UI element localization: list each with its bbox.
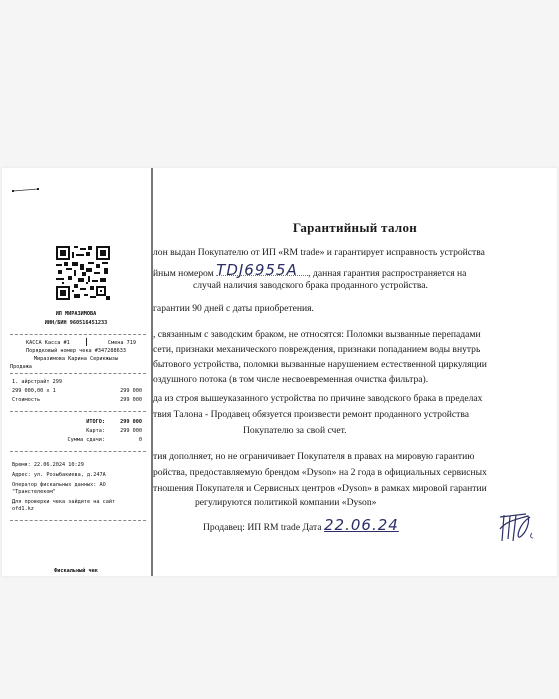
- card-value: 299 000: [120, 428, 142, 434]
- warranty-global: ройства, предоставляемую брендом «Dyson»…: [153, 466, 487, 479]
- warranty-exclusions: бытового устройства, поломки вызванные н…: [153, 358, 487, 371]
- fiscal-operator: Оператор фискальных данных: АО: [12, 482, 106, 488]
- cost-label: Стоимость: [12, 397, 40, 403]
- pen-mark-icon: [12, 188, 40, 192]
- serial-suffix: , данная гарантия распространяется на: [308, 268, 466, 279]
- register-label: КАССА Касса #1: [26, 340, 70, 346]
- serial-number-field: TDJ6955A: [216, 263, 308, 276]
- receipt-divider: [10, 520, 146, 521]
- separator-bar: [86, 338, 87, 346]
- warranty-global: тия дополняет, но не ограничивает Покупа…: [153, 450, 474, 463]
- item-name: 1. айрстрайт 299: [12, 379, 62, 385]
- receipt-divider: [10, 451, 146, 452]
- warranty-period: гарантии 90 дней с даты приобретения.: [153, 302, 314, 315]
- seller-label: Продавец: ИП RM trade Дата: [203, 522, 322, 533]
- warranty-repair: Покупателю за свой счет.: [243, 424, 347, 437]
- cost-value: 299 000: [120, 397, 142, 403]
- warranty-exclusions: оздушного потока (в том числе несвоеврем…: [153, 373, 428, 386]
- warranty-repair: да из строя вышеуказанного устройства по…: [153, 392, 482, 405]
- check-site-link: ofd1.kz: [12, 506, 34, 512]
- merchant-name: ИП МИРАЗИМОВА: [2, 311, 150, 317]
- serial-number: TDJ6955A: [216, 264, 298, 277]
- check-site-text: Для проверки чека зайдите на сайт: [12, 499, 115, 505]
- warranty-text: случай наличия заводского брака проданно…: [193, 279, 428, 292]
- handwritten-date: 22.06.24: [324, 516, 399, 534]
- fiscal-operator-name: "Транстелеком": [12, 489, 56, 495]
- warranty-exclusions: , связанным с заводским браком, не относ…: [153, 328, 481, 341]
- warranty-repair: твия Талона - Продавец обязуется произве…: [153, 408, 469, 421]
- qr-code-icon: [56, 246, 110, 300]
- merchant-tax-id: ИИН/БИН 960516451233: [2, 320, 150, 326]
- warranty-title: Гарантийный талон: [153, 220, 557, 236]
- operation-type: Продажа: [10, 364, 32, 370]
- receipt-divider: [10, 334, 146, 335]
- receipt-address: Адрес: ул. Розыбакиева, д.247А: [12, 472, 106, 478]
- receipt-divider: [10, 411, 146, 412]
- receipt-time: Время: 22.06.2024 10:29: [12, 462, 84, 468]
- change-value: 0: [139, 437, 142, 443]
- warranty-card: Гарантийный талон лон выдан Покупателю о…: [153, 168, 557, 576]
- warranty-serial-line: йным номером TDJ6955A, данная гарантия р…: [153, 263, 466, 280]
- seller-line: Продавец: ИП RM trade Дата 22.06.24: [203, 519, 399, 534]
- change-label: Сумма сдачи:: [68, 437, 105, 443]
- fiscal-receipt: ИП МИРАЗИМОВА ИИН/БИН 960516451233 КАССА…: [2, 168, 150, 576]
- shift-number: Смена 719: [108, 340, 136, 346]
- check-number: Порядковый номер чека #347288633: [2, 348, 150, 354]
- fiscal-check-footer: Фискальный чек: [2, 568, 150, 574]
- warranty-global: тношения Покупателя и Сервисных центров …: [153, 482, 487, 495]
- receipt-divider: [10, 373, 146, 374]
- warranty-exclusions: сети, признаки механического повреждения…: [153, 343, 480, 356]
- card-label: Карта:: [86, 428, 105, 434]
- warranty-text: лон выдан Покупателю от ИП «RM trade» и …: [153, 246, 485, 259]
- scanned-document: ИП МИРАЗИМОВА ИИН/БИН 960516451233 КАССА…: [2, 168, 557, 576]
- item-amount: 299 000: [120, 388, 142, 394]
- total-value: 299 000: [120, 419, 142, 425]
- cashier-name: Миразимова Карина Серикжызы: [2, 356, 150, 362]
- warranty-global: регулируются политикой компании «Dyson»: [195, 496, 376, 509]
- serial-label: йным номером: [153, 268, 214, 279]
- total-label: ИТОГО:: [86, 419, 105, 425]
- item-qty-line: 299 000,00 x 1: [12, 388, 56, 394]
- signature-icon: [496, 511, 534, 545]
